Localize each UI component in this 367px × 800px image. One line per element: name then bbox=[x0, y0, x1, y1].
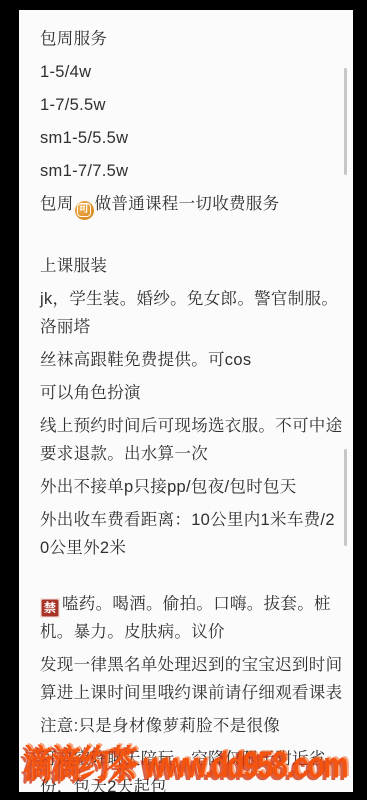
scrollbar-thumb-upper[interactable] bbox=[344, 68, 347, 175]
scrollbar-thumb-lower[interactable] bbox=[344, 449, 347, 546]
booking-rule: 线上预约时间后可现场选衣服。不可中途要求退款。出水算一次 bbox=[40, 412, 343, 468]
outfit-list: jk，学生装。婚纱。免女郎。警官制服。洛丽塔 bbox=[40, 285, 343, 341]
weekly-package-note-pre: 包周 bbox=[40, 195, 74, 213]
weekly-package-note: 包周可做普通课程一切收费服务 bbox=[40, 190, 343, 220]
price-item-1: 1-5/4w bbox=[40, 58, 343, 86]
jin-forbidden-icon: 禁 bbox=[40, 598, 60, 618]
notice-page: 包周服务 1-5/4w 1-7/5.5w sm1-5/5.5w sm1-7/7.… bbox=[19, 10, 353, 792]
price-item-3: sm1-5/5.5w bbox=[40, 124, 343, 152]
travel-fee-rule: 外出收车费看距离：10公里内1米车费/20公里外2米 bbox=[40, 506, 343, 562]
prohibition-list-text: 嗑药。喝酒。偷拍。口嗨。拔套。桩机。暴力。皮肤病。议价 bbox=[40, 595, 331, 641]
price-item-4: sm1-7/7.5w bbox=[40, 157, 343, 185]
price-item-2: 1-7/5.5w bbox=[40, 91, 343, 119]
weekly-package-heading: 包周服务 bbox=[40, 25, 343, 53]
stockings-note: 丝袜高跟鞋免费提供。可cos bbox=[40, 346, 343, 374]
outfit-section-heading: 上课服装 bbox=[40, 252, 343, 280]
ke-accept-circle-icon: 可 bbox=[75, 201, 94, 220]
roleplay-note: 可以角色扮演 bbox=[40, 379, 343, 407]
watermark-brand: 滴滴约茶 bbox=[23, 742, 137, 786]
prohibition-list: 禁嗑药。喝酒。偷拍。口嗨。拔套。桩机。暴力。皮肤病。议价 bbox=[40, 590, 343, 646]
watermark-site: www.dd958.com bbox=[137, 745, 347, 786]
weekly-package-note-post: 做普通课程一切收费服务 bbox=[95, 195, 280, 213]
outcall-rule: 外出不接单p只接pp/包夜/包时包天 bbox=[40, 473, 343, 501]
blacklist-warning: 发现一律黑名单处理迟到的宝宝迟到时间算进上课时间里哦约课前请仔细观看课表 bbox=[40, 651, 343, 707]
watermark: 滴滴约茶 www.dd958.com bbox=[23, 732, 347, 788]
phone-screen-frame: 包周服务 1-5/4w 1-7/5.5w sm1-5/5.5w sm1-7/7.… bbox=[0, 0, 367, 800]
